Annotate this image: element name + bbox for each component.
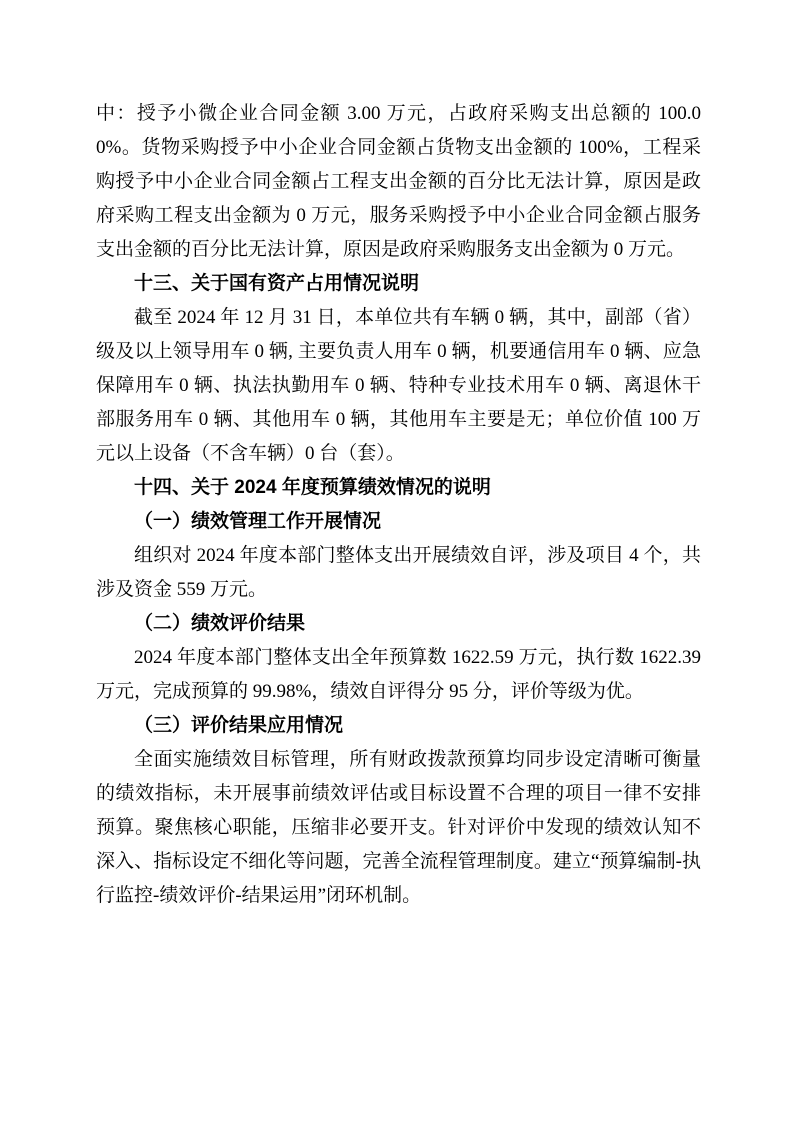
subsection-heading-evaluation-results: （二）绩效评价结果	[96, 607, 701, 641]
paragraph-procurement-continuation: 中：授予小微企业合同金额 3.00 万元，占政府采购支出总额的 100.00%。…	[96, 97, 701, 267]
section-heading-budget-performance: 十四、关于 2024 年度预算绩效情况的说明	[96, 471, 701, 505]
document-body: 中：授予小微企业合同金额 3.00 万元，占政府采购支出总额的 100.00%。…	[96, 97, 701, 913]
subsection-heading-results-application: （三）评价结果应用情况	[96, 709, 701, 743]
document-page: 中：授予小微企业合同金额 3.00 万元，占政府采购支出总额的 100.00%。…	[0, 0, 793, 1122]
section-heading-state-assets: 十三、关于国有资产占用情况说明	[96, 267, 701, 301]
paragraph-state-assets-detail: 截至 2024 年 12 月 31 日，本单位共有车辆 0 辆，其中，副部（省）…	[96, 301, 701, 471]
subsection-heading-performance-management: （一）绩效管理工作开展情况	[96, 505, 701, 539]
paragraph-evaluation-results-detail: 2024 年度本部门整体支出全年预算数 1622.59 万元，执行数 1622.…	[96, 641, 701, 709]
paragraph-results-application-detail: 全面实施绩效目标管理，所有财政拨款预算均同步设定清晰可衡量的绩效指标，未开展事前…	[96, 743, 701, 913]
paragraph-performance-management-detail: 组织对 2024 年度本部门整体支出开展绩效自评，涉及项目 4 个，共涉及资金 …	[96, 539, 701, 607]
